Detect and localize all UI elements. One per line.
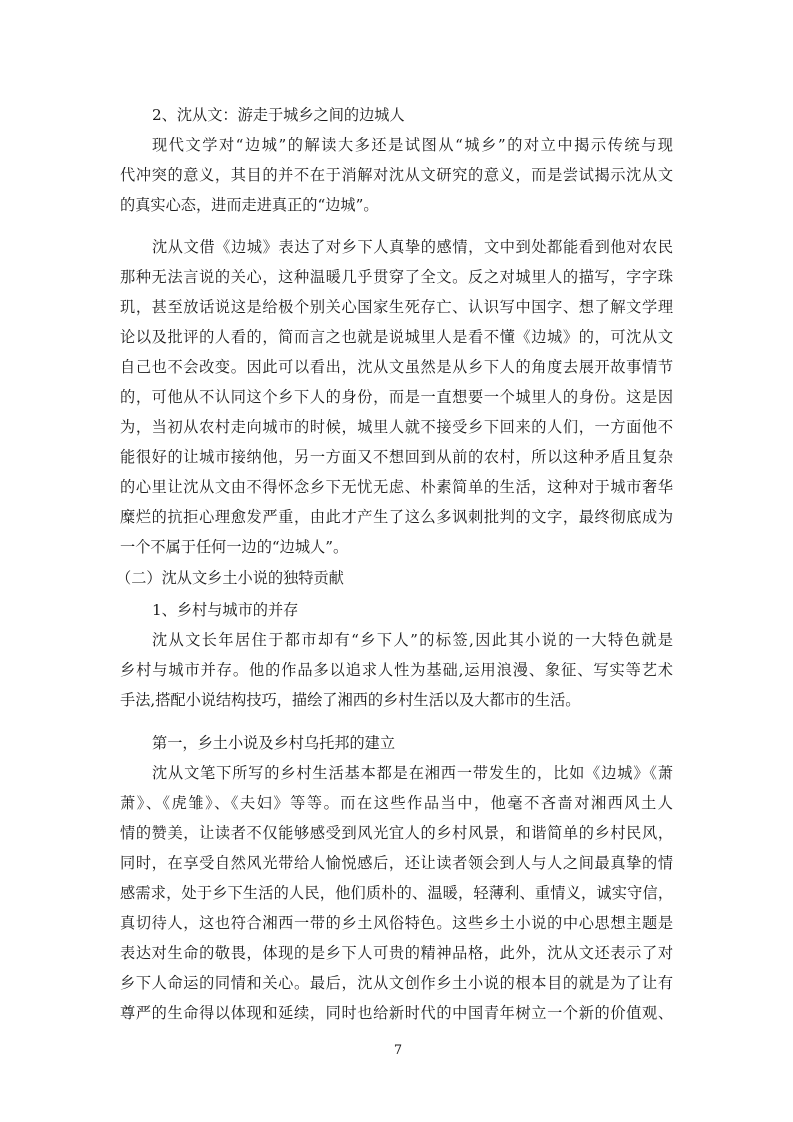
subheading-village-city-coexist: 1、乡村与城市的并存: [152, 598, 673, 622]
paragraph-line: 乡村与城市并存。他的作品多以追求人性为基础,运用浪漫、象征、写实等艺术: [120, 658, 673, 682]
subheading-rural-utopia: 第一，乡土小说及乡村乌托邦的建立: [152, 731, 673, 755]
paragraph-line: 萧》、《虎雏》、《夫妇》等等。而在这些作品当中，他毫不吝啬对湘西风土人: [120, 791, 673, 815]
paragraph-line: 能很好的让城市接纳他，另一方面又不想回到从前的农村，所以这种矛盾且复杂: [120, 445, 673, 469]
paragraph-line: 尊严的生命得以体现和延续，同时也给新时代的中国青年树立一个新的价值观、: [120, 1001, 673, 1025]
paragraph-line: 沈从文笔下所写的乡村生活基本都是在湘西一带发生的，比如《边城》《萧: [152, 761, 673, 785]
paragraph-line: 真切待人，这也符合湘西一带的乡土风俗特色。这些乡土小说的中心思想主题是: [120, 911, 673, 935]
paragraph-line: 那种无法言说的关心，这种温暖几乎贯穿了全文。反之对城里人的描写，字字珠: [120, 265, 673, 289]
paragraph-line: 现代文学对“边城”的解读大多还是试图从“城乡”的对立中揭示传统与现: [152, 133, 673, 157]
paragraph-line: 情的赞美，让读者不仅能够感受到风光宜人的乡村风景，和谐简单的乡村民风，: [120, 821, 673, 845]
paragraph-line: 玑，甚至放话说这是给极个别关心国家生死存亡、认识写中国字、想了解文学理: [120, 295, 673, 319]
section-heading-unique-contribution: （二）沈从文乡土小说的独特贡献: [116, 566, 669, 590]
paragraph-line: 一个不属于任何一边的“边城人”。: [120, 535, 673, 559]
page-number: 7: [388, 1041, 408, 1061]
paragraph-line: 的，可他从不认同这个乡下人的身份，而是一直想要一个城里人的身份。这是因: [120, 385, 673, 409]
paragraph-line: 同时，在享受自然风光带给人愉悦感后，还让读者领会到人与人之间最真挚的情: [120, 851, 673, 875]
document-page: 2、沈从文：游走于城乡之间的边城人 现代文学对“边城”的解读大多还是试图从“城乡…: [0, 0, 793, 1122]
paragraph-line: 乡下人命运的同情和关心。最后，沈从文创作乡土小说的根本目的就是为了让有: [120, 971, 673, 995]
paragraph-line: 为，当初从农村走向城市的时候，城里人就不接受乡下回来的人们，一方面他不: [120, 415, 673, 439]
paragraph-line: 的心里让沈从文由不得怀念乡下无忧无虑、朴素简单的生活，这种对于城市奢华: [120, 475, 673, 499]
paragraph-line: 表达对生命的敬畏，体现的是乡下人可贵的精神品格，此外，沈从文还表示了对: [120, 941, 673, 965]
paragraph-line: 沈从文借《边城》表达了对乡下人真挚的感情，文中到处都能看到他对农民: [152, 235, 673, 259]
paragraph-line: 沈从文长年居住于都市却有“乡下人”的标签,因此其小说的一大特色就是: [152, 628, 673, 652]
paragraph-line: 糜烂的抗拒心理愈发严重，由此才产生了这么多讽刺批判的文字，最终彻底成为: [120, 505, 673, 529]
subheading-bordertown-person: 2、沈从文：游走于城乡之间的边城人: [152, 103, 673, 127]
paragraph-line: 论以及批评的人看的，简而言之也就是说城里人是看不懂《边城》的，可沈从文: [120, 325, 673, 349]
paragraph-line: 代冲突的意义，其目的并不在于消解对沈从文研究的意义，而是尝试揭示沈从文: [120, 163, 673, 187]
paragraph-line: 感需求，处于乡下生活的人民，他们质朴的、温暖，轻薄利、重情义，诚实守信，: [120, 881, 673, 905]
paragraph-line: 的真实心态，进而走进真正的“边城”。: [120, 193, 673, 217]
paragraph-line: 自己也不会改变。因此可以看出，沈从文虽然是从乡下人的角度去展开故事情节: [120, 355, 673, 379]
paragraph-line: 手法,搭配小说结构技巧，描绘了湘西的乡村生活以及大都市的生活。: [120, 688, 673, 712]
